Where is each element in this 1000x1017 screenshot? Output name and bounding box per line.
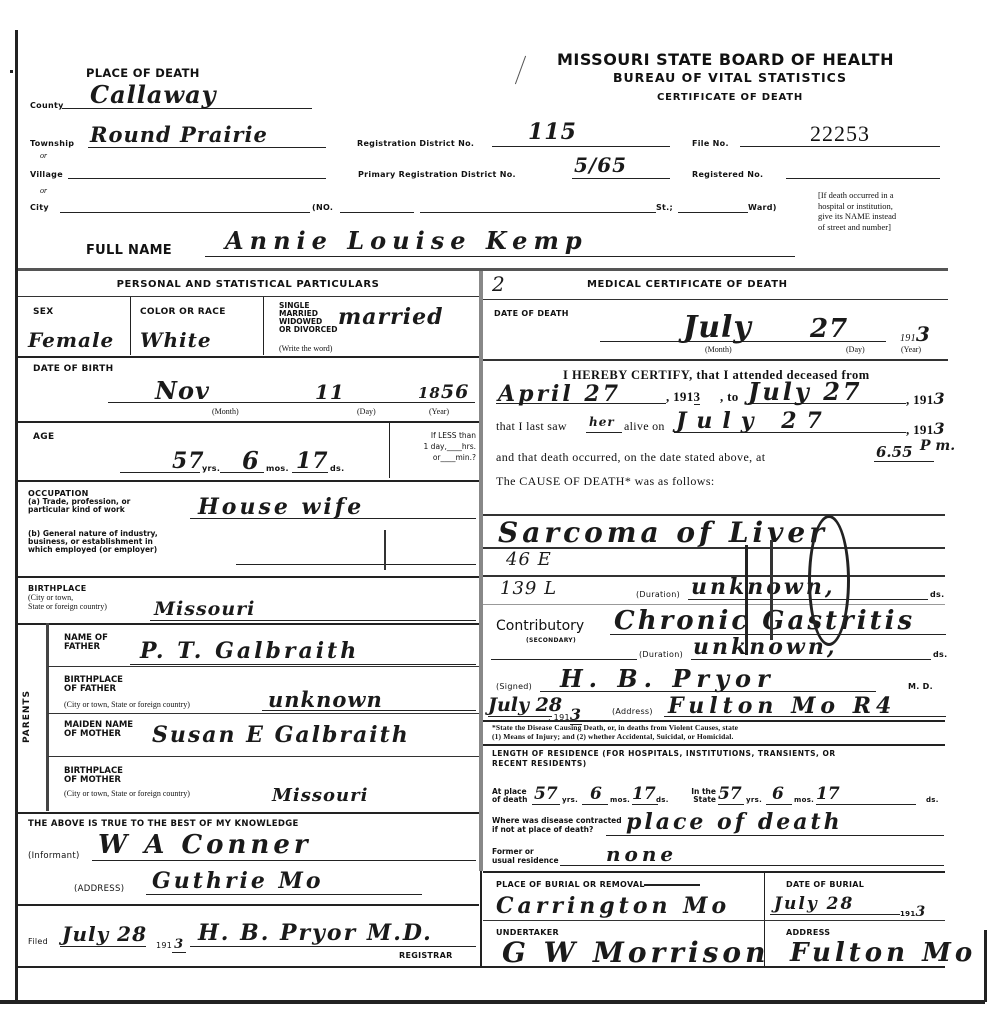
burial-divider [480,871,482,966]
registrar-label: REGISTRAR [399,951,453,960]
street-field [420,203,656,213]
rule-after-footnote [483,744,945,746]
registration-district-value: 115 [528,119,577,145]
attended-from: April 27 [498,381,621,407]
hospital-note: [If death occurred in a hospital or inst… [818,190,943,232]
rule-bottom-right [483,966,945,968]
st-label: St.; [656,203,673,212]
no-label: (NO. [312,203,333,212]
signed-date-field: July 28 [488,698,552,717]
in-state-ds-unit: ds. [926,796,939,804]
undertaker-address-value: Fulton Mo [790,938,976,968]
undertaker-value: G W Morrison [502,936,769,969]
primary-duration: (Duration) unknown, ds. [636,582,946,602]
age-label: AGE [33,432,54,442]
personal-section-title: PERSONAL AND STATISTICAL PARTICULARS [18,279,478,290]
contributory-value: Chronic Gastritis [614,606,915,636]
at-place-mos: 6 [590,784,603,804]
attended-to-field: July 27 [748,383,906,404]
registered-no-label: Registered No. [692,170,763,179]
birthplace-hint: (City or town, State or foreign country) [28,593,107,611]
attended-to-year-value: 3 [934,389,946,408]
informant-address-label: (ADDRESS) [74,884,124,894]
marital-value: married [338,304,443,330]
burial-date-label: DATE OF BURIAL [786,880,864,889]
street-no-field [340,203,414,213]
address-field: Fulton Mo R4 [664,697,946,717]
at-place-yrs: 57 [534,784,558,804]
signed-year: , 1913 [548,705,582,725]
secondary-duration: (Duration) unknown, ds. [483,642,945,662]
dob-year-value: 56 [441,381,469,403]
medical-mark: 2 [492,272,506,296]
in-state-mos: 6 [772,784,785,804]
mother-label: MAIDEN NAME OF MOTHER [64,721,133,739]
primary-ds-unit: ds. [930,590,944,599]
ink-mark-stroke-1 [745,545,748,655]
md-label: M. D. [908,682,933,691]
county-field: Callaway [62,84,312,109]
informant-value: W A Conner [98,830,312,860]
file-no-field: 22253 [740,125,940,147]
city-field [60,203,310,213]
secondary-duration-pre-line [491,642,637,660]
occupation-a-value: House wife [198,494,364,520]
in-state-mos-unit: mos. [794,796,814,804]
dod-label: DATE OF DEATH [494,309,569,318]
less-than-divider [389,422,390,478]
left-margin-dot [10,70,13,73]
burial-year: 1913 [900,903,926,921]
occupation-a-field: House wife [190,498,476,519]
birthplace-field: Missouri [150,600,476,621]
alive-on-label: alive on [624,419,665,434]
full-name-label: FULL NAME [86,243,172,258]
death-occurred-text: and that death occurred, on the date sta… [496,450,765,465]
informant-label: (Informant) [28,851,80,861]
secondary-duration-value: unknown, [693,634,838,660]
marital-hint: (Write the word) [279,344,332,353]
cause-line-2 [483,547,945,549]
in-state-values: 57 yrs. 6 mos. 17 ds. [718,788,948,806]
sex-value: Female [28,328,114,352]
at-place-ds: 17 [632,784,656,804]
occupation-b-label: (b) General nature of industry, business… [28,530,158,554]
full-name-value: Annie Louise Kemp [225,226,588,255]
bureau-title: BUREAU OF VITAL STATISTICS [613,70,847,85]
father-birthplace-hint: (City or town, State or foreign country) [64,700,190,709]
father-label: NAME OF FATHER [64,634,108,652]
file-no-label: File No. [692,139,729,148]
in-state-yrs: 57 [718,784,742,804]
last-saw-label: that I last saw [496,419,567,434]
occupation-a-label: (a) Trade, profession, or particular kin… [28,498,130,514]
rule-bottom-left [18,966,484,968]
rule-after-father-birthplace [48,713,479,714]
dod-year-value: 3 [916,322,931,346]
age-ds-unit: ds. [330,464,344,473]
contracted-label: Where was disease contracted if not at p… [492,816,622,834]
township-label: Township [30,139,74,148]
at-place-label: At place of death [492,788,527,804]
registration-district-field: 115 [492,125,670,147]
county-value: Callaway [90,80,217,109]
dod-day-hint: (Day) [846,345,865,354]
burial-label-strike [644,884,700,886]
rule-after-father [48,666,479,667]
last-saw-year: , 1913 [906,419,946,438]
former-value: none [606,842,677,866]
burial-year-value: 3 [916,904,927,921]
attended-from-field: April 27 [496,383,666,404]
attended-to-year: , 1913 [906,389,946,408]
township-value: Round Prairie [90,122,268,147]
ward-field [678,203,748,213]
registration-district-label: Registration District No. [357,139,474,148]
rule-after-informant [18,904,479,906]
header-divider [18,268,948,271]
registrar-signature: H. B. Pryor M.D. [198,920,433,946]
father-birthplace-value: unknown [268,687,383,712]
secondary-duration-label: (Duration) [639,650,683,659]
contributory-label: Contributory [496,618,584,634]
father-birthplace-label: BIRTHPLACE OF FATHER [64,676,123,694]
sex-race-divider [130,297,131,355]
age-yrs-unit: yrs. [202,464,220,473]
cause-1-value: Sarcoma of Liver [498,516,828,549]
marital-label: SINGLE MARRIED WIDOWED OR DIVORCED [279,302,337,334]
secondary-ds-unit: ds. [933,650,947,659]
former-field: none [560,850,944,866]
rule-before-footnote [483,720,945,722]
dob-year: 1856 [418,381,469,403]
burial-year-prefix: 191 [900,910,916,918]
contracted-value: place of death [626,809,843,835]
address-label: (Address) [612,707,653,716]
dod-month-hint: (Month) [705,345,732,354]
cause-2-value: 46 E [506,549,552,570]
age-days: 17 [296,448,329,474]
cause-3-value: 139 L [500,578,557,599]
residence-title: LENGTH OF RESIDENCE (FOR HOSPITALS, INST… [492,749,836,769]
or-2: or [40,186,47,195]
undertaker-address-label: ADDRESS [786,928,830,937]
dod-month: July [683,310,752,345]
rule-after-dod [483,359,948,361]
board-title: MISSOURI STATE BOARD OF HEALTH [557,50,894,69]
age-field: 57 yrs. 6 mos. 17 ds. [120,452,382,474]
last-saw-year-value: 3 [934,419,946,438]
dob-year-hint: (Year) [429,407,449,416]
mother-birthplace-value: Missouri [272,785,368,806]
age-years: 57 [172,448,205,474]
village-label: Village [30,170,63,179]
dod-year-hint: (Year) [901,345,921,354]
primary-registration-value: 5/65 [574,153,627,177]
dob-year-prefix: 18 [418,384,441,402]
filed-year-value: 3 [172,937,186,953]
signed-value: H. B. Pryor [560,664,776,693]
county-label: County [30,101,64,110]
filed-date: July 28 [62,922,147,946]
informant-field: W A Conner [92,840,476,861]
burial-date-field: July 28 [770,896,900,915]
at-place-ds-unit: ds. [656,796,669,804]
sex-label: SEX [33,307,53,317]
primary-duration-label: (Duration) [636,590,680,599]
last-saw-pronoun: her [589,415,615,429]
death-time-suffix: P m. [920,438,955,454]
rule-after-parents [18,812,479,814]
burial-place-value: Carrington Mo [496,893,730,919]
cause-intro: The CAUSE OF DEATH* was as follows: [496,474,715,489]
true-statement: THE ABOVE IS TRUE TO THE BEST OF MY KNOW… [28,819,299,829]
dob-month: Nov [155,376,210,405]
former-label: Former or usual residence [492,847,559,865]
mother-birthplace-hint: (City or town, State or foreign country) [64,789,190,798]
father-field: P. T. Galbraith [130,644,476,665]
address-value: Fulton Mo R4 [668,693,896,719]
left-border [15,30,18,1000]
rule-between-burial-undertaker [483,920,945,921]
occupation-b-pen-mark [384,530,386,570]
filed-year-prefix: 191 [156,941,172,950]
township-field: Round Prairie [88,124,326,148]
in-state-label: In the State [676,788,716,804]
contracted-field: place of death [606,817,944,836]
parents-bracket [46,623,49,811]
registrar-field: H. B. Pryor M.D. [190,926,476,947]
attended-to: July 27 [748,377,863,406]
attended-from-year: , 1913 [666,389,700,405]
rule-after-dob [18,421,479,423]
cause-line-4 [483,604,945,605]
attended-to-year-prefix: , 191 [906,392,934,407]
last-saw-year-prefix: , 191 [906,422,934,437]
dob-day: 11 [315,380,345,404]
at-place-mos-unit: mos. [610,796,630,804]
occupation-b-field [236,548,476,565]
footnote: *State the Disease Causing Death, or, in… [492,723,738,741]
rule-after-occupation [18,576,479,578]
in-state-yrs-unit: yrs. [746,796,762,804]
registered-no-field [786,168,940,179]
birthplace-value: Missouri [154,598,255,620]
birthplace-label: BIRTHPLACE [28,584,87,593]
less-than-note: If LESS than 1 day,____hrs. or____min.? [394,430,476,463]
rule-before-burial [483,871,945,873]
age-mos-unit: mos. [266,464,289,473]
medical-section-title: MEDICAL CERTIFICATE OF DEATH [587,279,788,290]
dob-month-hint: (Month) [212,407,239,416]
race-label: COLOR OR RACE [140,307,226,317]
contributory-field: Chronic Gastritis [610,612,946,635]
to-label: , to [720,389,739,405]
signed-field: H. B. Pryor [540,672,876,692]
mother-birthplace-label: BIRTHPLACE OF MOTHER [64,767,123,785]
medical-title-rule [483,299,948,300]
last-saw-pronoun-field: her [586,418,622,433]
dod-day: 27 [810,314,848,344]
attended-from-year-prefix: , 191 [666,389,694,404]
rule-after-age [18,480,479,482]
last-saw-date-field: July 27 [674,414,906,433]
bottom-border [0,1000,985,1004]
dob-day-hint: (Day) [357,407,376,416]
attended-from-year-value: 3 [694,389,701,405]
center-divider [479,271,483,871]
signed-year-value: 3 [570,705,582,725]
race-marital-divider [263,297,264,355]
father-birthplace-field: unknown [262,696,476,711]
race-value: White [140,328,212,352]
filed-year: 1913 [156,935,186,953]
dob-label: DATE OF BIRTH [33,364,113,374]
ink-mark-stroke-2 [770,540,773,640]
dod-year-prefix: 191 [900,333,916,344]
parents-label: PARENTS [22,690,32,743]
ink-mark-oval [808,515,850,646]
certificate-title: CERTIFICATE OF DEATH [657,92,803,103]
mother-value: Susan E Galbraith [152,722,410,748]
in-state-ds: 17 [816,784,840,804]
rule-after-sex [18,356,479,358]
informant-address-value: Guthrie Mo [152,868,324,894]
death-time: 6.55 [876,443,913,461]
informant-address-field: Guthrie Mo [146,874,422,895]
signed-label: (Signed) [496,682,532,691]
city-label: City [30,203,49,212]
primary-registration-field: 5/65 [572,158,670,179]
full-name-field: Annie Louise Kemp [205,230,795,257]
personal-title-rule [18,296,479,297]
rule-after-mother [48,756,479,757]
place-of-death-title: PLACE OF DEATH [86,66,200,80]
ward-label: Ward) [748,203,777,212]
burial-date-value: July 28 [774,894,854,914]
primary-registration-label: Primary Registration District No. [358,170,516,179]
village-field [68,168,326,179]
dod-year: 1913 [900,322,931,346]
file-no-value: 22253 [810,121,870,147]
rule-after-birthplace [18,623,479,625]
father-value: P. T. Galbraith [140,638,359,664]
age-months: 6 [242,446,260,475]
filed-label: Filed [28,937,48,946]
filed-date-field: July 28 [60,926,146,947]
at-place-yrs-unit: yrs. [562,796,578,804]
right-border [984,930,987,1002]
burial-place-label: PLACE OF BURIAL OR REMOVAL [496,880,645,889]
or-1: or [40,151,47,160]
header-pen-mark [515,56,526,85]
last-saw-date: July 27 [676,408,832,434]
